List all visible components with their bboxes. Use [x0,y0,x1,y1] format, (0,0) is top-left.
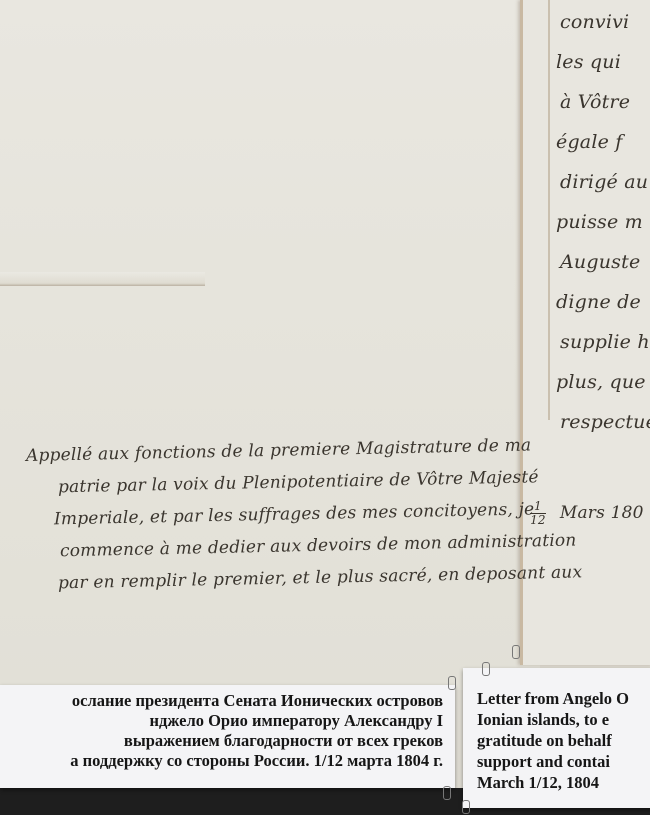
page-edge-shadow [548,0,550,420]
pin-icon [462,800,470,814]
caption-line: support and contai [477,751,650,772]
right-page-line: les qui [556,42,650,82]
paper-fold-crease [0,272,205,286]
date-month-year: Mars 180 [560,503,644,523]
right-page-line: à Vôtre [556,82,650,122]
right-page-handwriting: convivi les qui à Vôtre égale f dirigé a… [556,2,650,442]
caption-line: нджело Орио императору Александру I [0,711,443,731]
english-caption-label: Letter from Angelo O Ionian islands, to … [463,668,650,808]
caption-line: а поддержку со стороны России. 1/12 март… [0,751,443,771]
caption-line: gratitude on behalf [477,730,650,751]
caption-line: выражением благодарности от всех греков [0,731,443,751]
right-page-line: supplie hum [556,322,650,362]
date-numerator: 1 [530,500,546,514]
handwritten-letter-text: Appellé aux fonctions de la premiere Mag… [26,440,582,600]
right-page-line: plus, que [556,362,650,402]
right-page-line: digne de [556,282,650,322]
russian-caption-label: ослание президента Сената Ионических ост… [0,685,455,788]
pin-icon [448,676,456,690]
caption-line: Ionian islands, to e [477,709,650,730]
right-page-line: convivi [556,2,650,42]
pin-icon [512,645,520,659]
date-denominator: 12 [530,514,546,527]
pin-icon [482,662,490,676]
pin-icon [443,786,451,800]
caption-line: March 1/12, 1804 [477,772,650,793]
caption-line: ослание президента Сената Ионических ост… [0,691,443,711]
right-page-line: égale f [556,122,650,162]
right-page-line: puisse m [556,202,650,242]
caption-line: Letter from Angelo O [477,688,650,709]
right-page-line: Auguste [556,242,650,282]
handwritten-date: 1 12 Mars 180 [530,500,644,527]
date-fraction: 1 12 [530,500,546,527]
right-page-line: respectueux [556,402,650,442]
right-page-line: dirigé au [556,162,650,202]
